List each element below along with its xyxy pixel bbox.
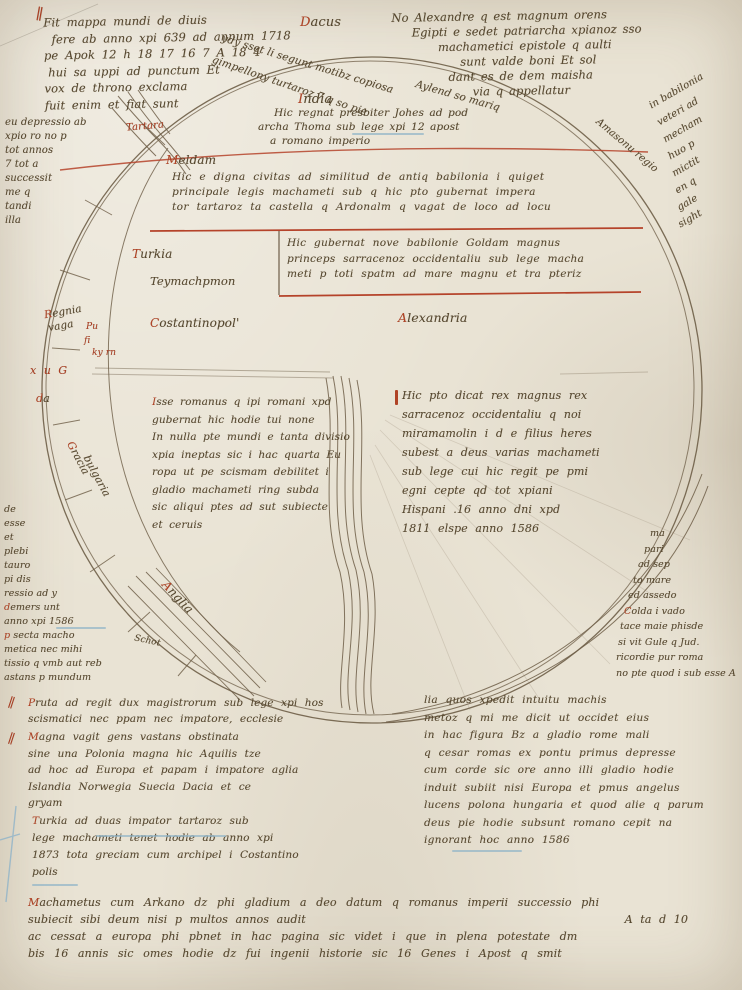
note-line: principale legis machameti sub q hic pto…: [172, 185, 627, 200]
note-line: archa Thoma sub lege xpi 12 apost: [258, 120, 498, 134]
note-line: princeps sarracenoz occidentaliu sub leg…: [287, 252, 637, 268]
note-line: ad sep: [638, 557, 742, 573]
right-edge-note: in babiloniaveteri admechamhuo pmictiten…: [650, 98, 740, 234]
note-line: 1873 tota greciam cum archipel i Costant…: [32, 847, 427, 864]
right-note-block: lia quos xpedit intuitu machismetoz q mi…: [424, 692, 742, 850]
blue-underline-mark: [56, 627, 106, 629]
note-line: scismatici nec ppam nec impatore, eccles…: [28, 711, 438, 727]
bottom-paragraph-line: ac cessat a europa phi pbnet in hac pagi…: [28, 930, 736, 943]
note-line: illa: [5, 214, 91, 228]
note-line: p secta macho: [4, 629, 134, 643]
label-turkia: Turkia: [132, 247, 172, 261]
rim-label: da: [36, 392, 50, 405]
note-line: q cesar romas ex pontu primus depresse: [424, 745, 742, 763]
note-line: ma: [650, 526, 742, 542]
note-line: Hic e digna civitas ad similitud de anti…: [172, 170, 627, 185]
blue-marks: [0, 806, 20, 902]
africa-note: Hic pto dicat rex magnus rexsarracenoz o…: [402, 386, 662, 538]
note-line: tandi: [5, 200, 91, 214]
paragraph-polonia: Magna vagit gens vastans obstinatasine u…: [28, 729, 438, 812]
note-line: tor tartaroz ta castella q Ardonalm q va…: [172, 200, 627, 215]
note-line: tot annos: [5, 144, 91, 158]
note-line: sarracenoz occidentaliu q noi: [402, 405, 662, 424]
note-line: metoz q mi me dicit ut occidet eius: [424, 710, 742, 728]
note-line: Hic pto dicat rex magnus rex: [402, 386, 662, 405]
note-line: Turkia ad duas impator tartaroz sub: [32, 813, 427, 830]
left-margin-column: deesseetplebitauropi disressio ad ydemer…: [4, 503, 134, 685]
note-line: et: [4, 531, 134, 545]
note-line: deus pie hodie subsunt romano cepit na: [424, 815, 742, 833]
note-line: cum corde sic ore anno illi gladio hodie: [424, 762, 742, 780]
label-alexandria: Alexandria: [398, 310, 467, 325]
blue-underline-mark: [32, 884, 78, 886]
note-line: Hispani .16 anno dni xpd: [402, 500, 662, 519]
left-edge-note: eu depressio abxpio ro no ptot annos7 to…: [5, 116, 91, 228]
note-line: tauro: [4, 559, 134, 573]
meldam-note: Hic e digna civitas ad similitud de anti…: [172, 170, 627, 215]
note-line: et ceruis: [152, 517, 392, 535]
note-line: ad hoc ad Europa et papam i impatore agl…: [28, 762, 438, 779]
note-line: ignorant hoc anno 1586: [424, 832, 742, 850]
note-line: gubernat hic hodie tui none: [152, 412, 392, 430]
paragraph-prussia: Pruta ad regit dux magistrorum sub lege …: [28, 695, 438, 727]
note-line: polis: [32, 864, 427, 881]
note-line: plebi: [4, 545, 134, 559]
note-line: esse: [4, 517, 134, 531]
note-line: no pte quod i sub esse A: [616, 666, 742, 682]
note-line: sub lege cui hic regit pe pmi: [402, 462, 662, 481]
note-line: xpia ineptas sic i hac quarta Eu: [152, 447, 392, 465]
note-line: meti p toti spatm ad mare magnu et tra p…: [287, 267, 637, 283]
goldam-note: Hic gubernat nove babilonie Goldam magnu…: [287, 236, 637, 283]
note-line: xpio ro no p: [5, 130, 91, 144]
note-line: to mare: [633, 573, 742, 589]
note-line: Hic gubernat nove babilonie Goldam magnu…: [287, 236, 637, 252]
note-line: tace maie phisde: [620, 619, 742, 635]
note-line: In nulla pte mundi e tanta divisio: [152, 429, 392, 447]
note-line: Isse romanus q ipi romani xpd: [152, 394, 392, 412]
note-line: 7 tot a: [5, 158, 91, 172]
label-india: India: [298, 92, 332, 107]
bottom-paragraph-text: A ta d 10: [625, 913, 688, 926]
note-line: metica nec mihi: [4, 643, 134, 657]
note-line: tissio q vmb aut reb: [4, 657, 134, 671]
note-line: subest a deus varias machameti: [402, 443, 662, 462]
note-line: gryam: [28, 795, 438, 812]
rim-label: fi: [84, 336, 90, 346]
note-line: Colda i vado: [624, 604, 742, 620]
red-paragraph-bar-icon: [395, 390, 398, 405]
note-line: sine una Polonia magna hic Aquilis tze: [28, 746, 438, 763]
note-line: lucens polona hungaria et quod alie q pa…: [424, 797, 742, 815]
rim-label: ky rn: [92, 348, 116, 358]
blue-underline-mark: [352, 133, 424, 135]
note-line: successit: [5, 172, 91, 186]
label-constantinople: Costantinopol': [150, 316, 239, 330]
blue-underline-mark: [452, 850, 522, 852]
europe-note: Isse romanus q ipi romani xpdgubernat hi…: [152, 394, 392, 534]
note-line: astans p mundum: [4, 671, 134, 685]
rim-label: x u G: [30, 364, 69, 377]
note-line: Magna vagit gens vastans obstinata: [28, 729, 438, 746]
note-line: induit subiit nisi Europa et pmus angelu…: [424, 780, 742, 798]
label-teymachpmon: Teymachpmon: [150, 274, 235, 288]
bottom-paragraph-line: bis 16 annis sic omes hodie dz fui ingen…: [28, 947, 736, 960]
label-dacus: Dacus: [300, 15, 341, 30]
note-line: me q: [5, 186, 91, 200]
manuscript-page: ∥ Fit mappa mundi de diuisfere ab anno x…: [0, 0, 742, 990]
bottom-paragraph-line: Machametus cum Arkano dz phi gladium a d…: [28, 896, 736, 909]
note-line: ressio ad y: [4, 587, 134, 601]
note-line: ricordie pur roma: [616, 650, 742, 666]
note-line: a romano imperio: [270, 134, 498, 148]
note-line: eu depressio ab: [5, 116, 91, 130]
note-line: pari: [644, 542, 742, 558]
note-line: lia quos xpedit intuitu machis: [424, 692, 742, 710]
note-line: miramamolin i d e filius heres: [402, 424, 662, 443]
note-line: Islandia Norwegia Suecia Dacia et ce: [28, 779, 438, 796]
note-line: si vit Gule q Jud.: [618, 635, 742, 651]
note-line: gladio machameti ring subda: [152, 482, 392, 500]
right-margin-column: mapariad septo mareed assedoColda i vado…: [616, 526, 742, 681]
note-line: sic aliqui ptes ad sut subiecte: [152, 499, 392, 517]
note-line: lege machameti tenet hodie ab anno xpi: [32, 830, 427, 847]
note-line: Pruta ad regit dux magistrorum sub lege …: [28, 695, 438, 711]
bottom-paragraph-line: subiecit sibi deum nisi p multos annos a…: [28, 913, 736, 926]
note-line: pi dis: [4, 573, 134, 587]
bottom-paragraph-text: subiecit sibi deum nisi p multos annos a…: [28, 913, 306, 926]
note-line: in hac figura Bz a gladio rome mali: [424, 727, 742, 745]
note-line: ed assedo: [628, 588, 742, 604]
note-line: egni cepte qd tot xpiani: [402, 481, 662, 500]
blue-underline-mark: [96, 835, 226, 837]
paragraph-turkia: Turkia ad duas impator tartaroz sublege …: [32, 813, 427, 881]
india-note: Hic regnat presbiter Johes ad podarcha T…: [258, 106, 498, 148]
note-line: de: [4, 503, 134, 517]
note-line: demers unt: [4, 601, 134, 615]
rim-label: Pu: [86, 322, 98, 332]
note-line: ropa ut pe scismam debilitet i: [152, 464, 392, 482]
note-line: Hic regnat presbiter Johes ad pod: [274, 106, 498, 120]
label-meldam: Meldam: [166, 153, 216, 167]
